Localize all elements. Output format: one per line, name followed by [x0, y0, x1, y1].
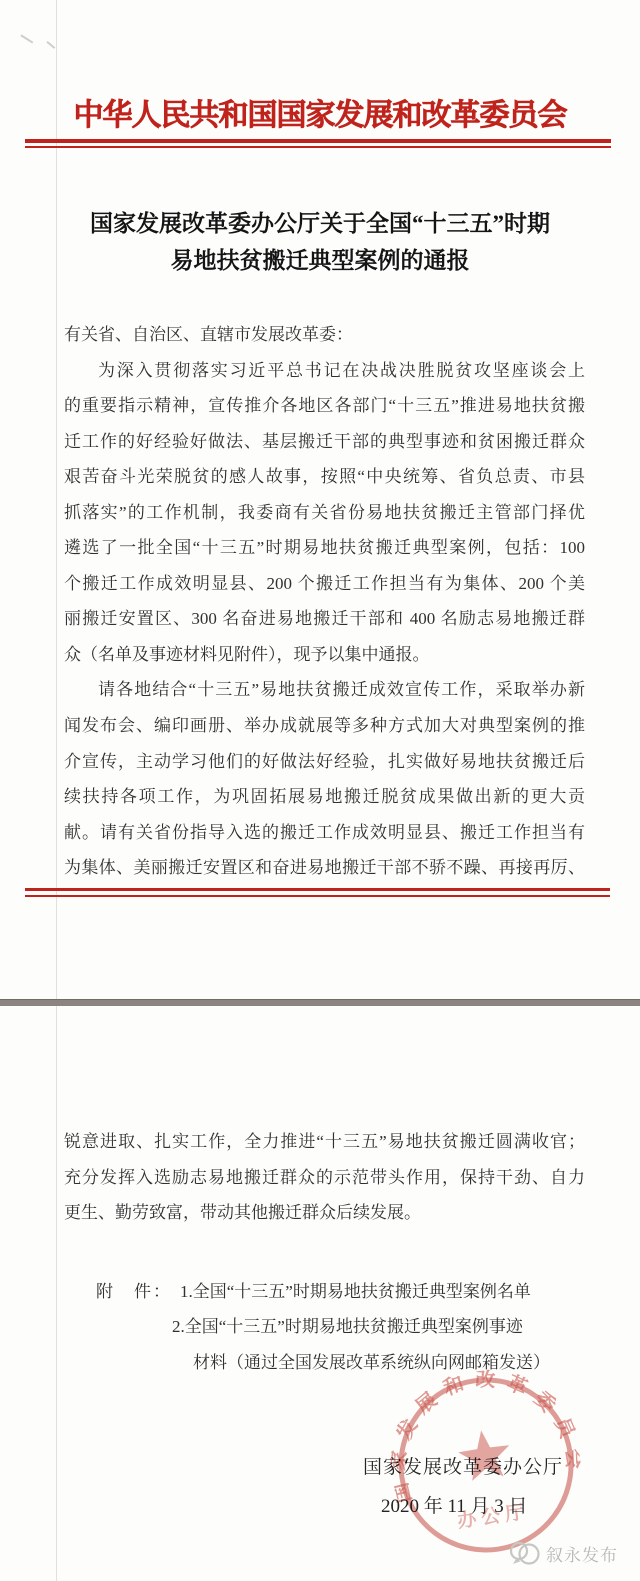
- letterhead-rule-thin: [25, 146, 611, 148]
- seal-ring-text: 国家发展和改革委员会: [380, 1359, 590, 1506]
- publisher-logo-icon: [508, 1540, 542, 1566]
- letterhead-org-name: 中华人民共和国国家发展和改革委员会: [0, 90, 640, 134]
- body-line: 闻发布会、编印画册、举办成就展等多种方式加大对典型案例的推: [64, 708, 585, 744]
- body-line: 请各地结合“十三五”易地扶贫搬迁成效宣传工作，采取举办新: [64, 672, 585, 708]
- document-title-line2: 易地扶贫搬迁典型案例的通报: [30, 242, 610, 279]
- publisher-name: 叙永发布: [546, 1541, 618, 1566]
- page1-body: 有关省、自治区、直辖市发展改革委： 为深入贯彻落实习近平总书记在决战决胜脱贫攻坚…: [64, 317, 585, 886]
- publisher-watermark: 叙永发布: [508, 1540, 618, 1566]
- attachment-line-2: 2.全国“十三五”时期易地扶贫搬迁典型案例事迹: [172, 1312, 523, 1337]
- body-line: 抓落实”的工作机制，我委商有关省份易地扶贫搬迁主管部门择优: [64, 495, 585, 531]
- attachment-item-1: 1.全国“十三五”时期易地扶贫搬迁典型案例名单: [180, 1282, 531, 1301]
- body-line: 众（名单及事迹材料见附件），现予以集中通报。: [64, 637, 585, 673]
- body-line: 锐意进取、扎实工作，全力推进“十三五”易地扶贫搬迁圆满收官；: [64, 1124, 585, 1160]
- body-line: 迁工作的好经验好做法、基层搬迁干部的典型事迹和贫困搬迁群众: [64, 424, 585, 460]
- salutation: 有关省、自治区、直辖市发展改革委：: [64, 317, 585, 353]
- body-line: 续扶持各项工作，为巩固拓展易地搬迁脱贫成果做出新的更大贡: [64, 779, 585, 815]
- attachment-item-2: 2.全国“十三五”时期易地扶贫搬迁典型案例事迹: [172, 1317, 523, 1336]
- scan-speck: [47, 41, 56, 49]
- page1-footer-rule-bottom: [25, 895, 610, 898]
- body-line: 个搬迁工作成效明显县、200 个搬迁工作担当有为集体、200 个美: [64, 566, 585, 602]
- attachment-line-1: 附 件：1.全国“十三五”时期易地扶贫搬迁典型案例名单: [96, 1277, 531, 1302]
- body-line: 为集体、美丽搬迁安置区和奋进易地搬迁干部不骄不躁、再接再厉、: [64, 850, 585, 886]
- attachment-label: 附 件：: [96, 1282, 172, 1301]
- body-line: 充分发挥入选励志易地搬迁群众的示范带头作用，保持干劲、自力: [64, 1160, 585, 1196]
- scanned-document: 中华人民共和国国家发展和改革委员会 国家发展改革委办公厅关于全国“十三五”时期 …: [0, 0, 640, 1581]
- body-line: 更生、勤劳致富，带动其他搬迁群众后续发展。: [64, 1195, 585, 1231]
- document-title: 国家发展改革委办公厅关于全国“十三五”时期 易地扶贫搬迁典型案例的通报: [30, 205, 610, 279]
- document-title-line1: 国家发展改革委办公厅关于全国“十三五”时期: [30, 205, 610, 242]
- letterhead-rule-thick: [25, 139, 611, 143]
- body-line: 遴选了一批全国“十三五”时期易地扶贫搬迁典型案例，包括：100: [64, 530, 585, 566]
- body-line: 丽搬迁安置区、300 名奋进易地搬迁干部和 400 名励志易地搬迁群: [64, 601, 585, 637]
- body-line: 献。请有关省份指导入选的搬迁工作成效明显县、搬迁工作担当有: [64, 815, 585, 851]
- scan-speck: [21, 34, 34, 43]
- page2-body: 锐意进取、扎实工作，全力推进“十三五”易地扶贫搬迁圆满收官； 充分发挥入选励志易…: [64, 1124, 585, 1231]
- body-line: 介宣传，主动学习他们的好做法好经验，扎实做好易地扶贫搬迁后: [64, 744, 585, 780]
- seal-star-icon: [456, 1427, 514, 1482]
- body-line: 的重要指示精神，宣传推介各地区各部门“十三五”推进易地扶贫搬: [64, 388, 585, 424]
- body-line: 艰苦奋斗光荣脱贫的感人故事，按照“中央统筹、省负总责、市县: [64, 459, 585, 495]
- body-line: 为深入贯彻落实习近平总书记在决战决胜脱贫攻坚座谈会上: [64, 353, 585, 389]
- page1-footer-rule-top: [25, 888, 610, 891]
- seal-center-text: 办公厅: [456, 1500, 531, 1533]
- page-separator: [0, 999, 640, 1006]
